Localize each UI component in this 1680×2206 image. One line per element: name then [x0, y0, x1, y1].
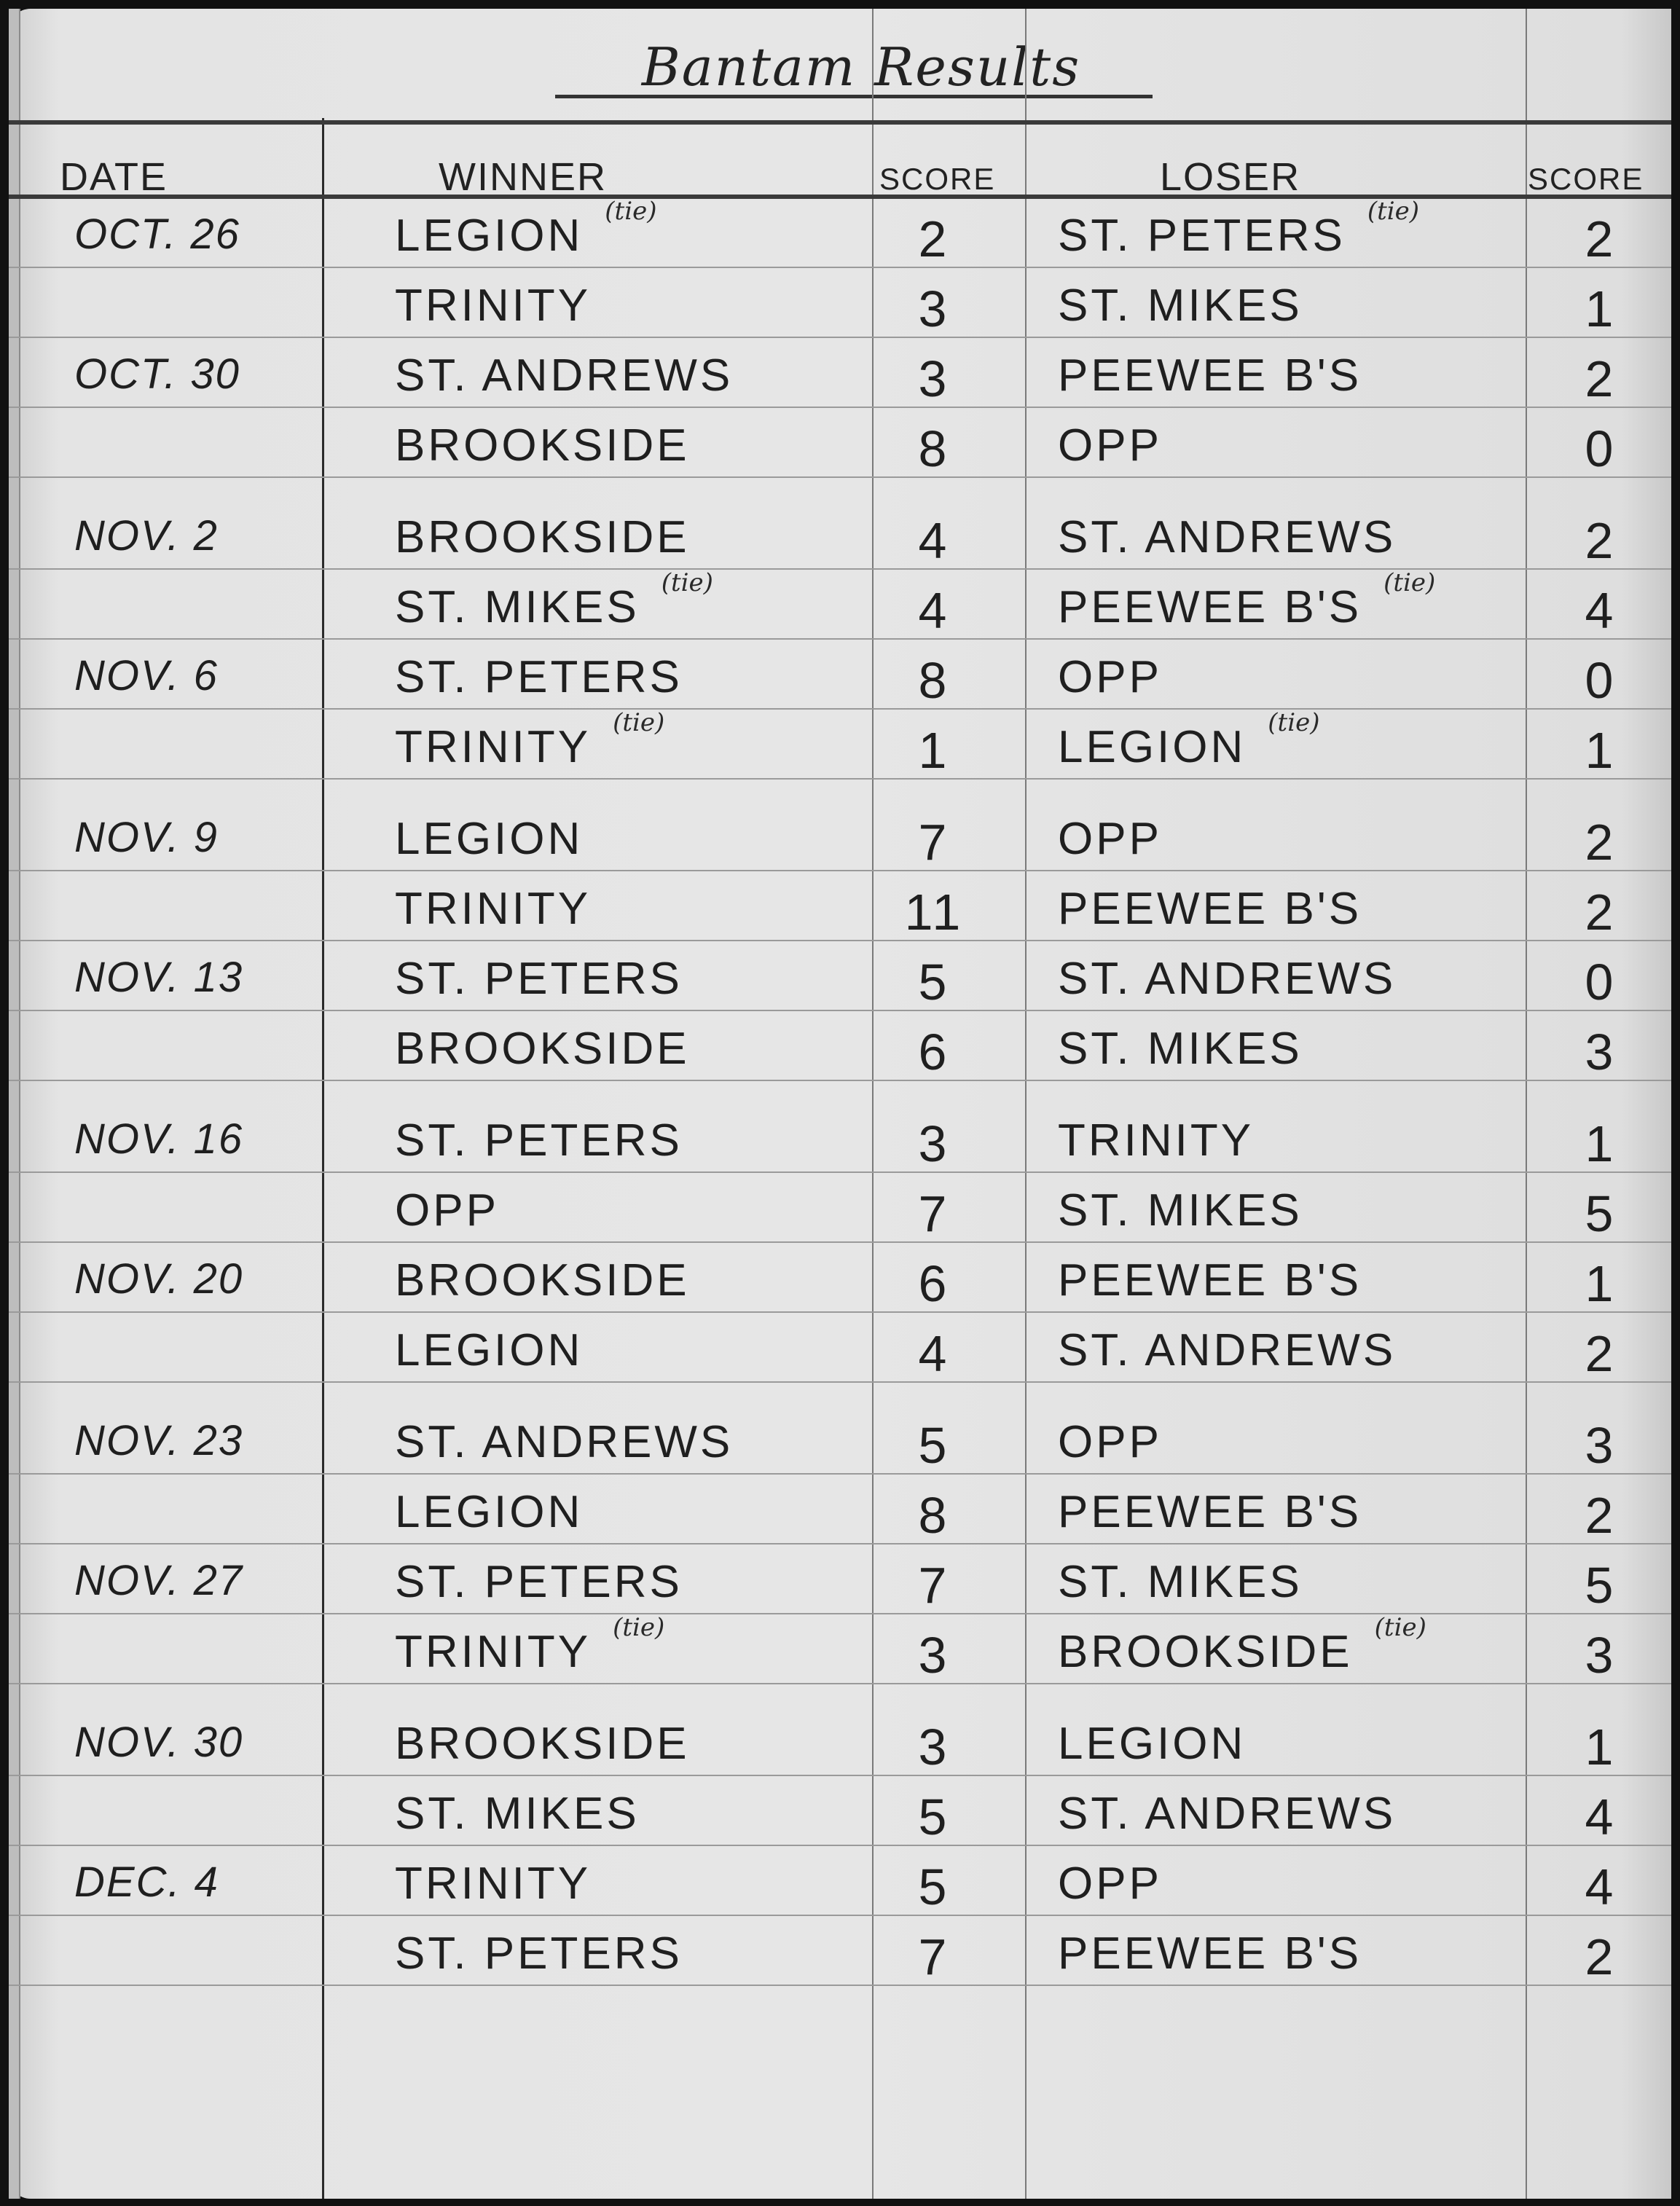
winner-score-cell: 1: [883, 721, 985, 780]
tie-mark: (tie): [1268, 708, 1319, 737]
row-rule: [9, 638, 1671, 640]
winner-name: ST. MIKES: [395, 1789, 640, 1839]
table-row: BROOKSIDE 6 ST. MIKES 3: [9, 1013, 1671, 1083]
table-row: OCT. 30 ST. ANDREWS 3 PEEWEE B'S 2: [9, 339, 1671, 409]
table-row: DEC. 4 TRINITY 5 OPP 4: [9, 1848, 1671, 1918]
winner-cell: ST. PETERS: [395, 1115, 861, 1166]
row-rule: [9, 267, 1671, 268]
tie-mark: (tie): [1367, 197, 1419, 226]
row-rule: [9, 708, 1671, 710]
row-rule: [9, 1775, 1671, 1776]
tie-mark: (tie): [605, 197, 656, 226]
loser-name: ST. MIKES: [1058, 1185, 1303, 1236]
loser-name: PEEWEE B'S: [1058, 1487, 1362, 1537]
winner-name: ST. MIKES: [395, 582, 640, 632]
table-row: NOV. 6 ST. PETERS 8 OPP 0: [9, 641, 1671, 711]
winner-cell: TRINITY(tie): [395, 721, 861, 773]
loser-cell: ST. ANDREWS: [1058, 953, 1524, 1005]
winner-score-cell: 7: [883, 1185, 985, 1243]
winner-cell: ST. PETERS: [395, 1556, 861, 1608]
loser-name: PEEWEE B'S: [1058, 582, 1362, 632]
loser-score-cell: 3: [1546, 1626, 1655, 1684]
table-row: NOV. 16 ST. PETERS 3 TRINITY 1: [9, 1104, 1671, 1174]
column-header-winner: WINNER: [439, 154, 607, 200]
winner-score-cell: 3: [883, 1626, 985, 1684]
winner-name: ST. PETERS: [395, 1928, 683, 1979]
loser-cell: OPP: [1058, 813, 1524, 865]
loser-score-cell: 1: [1546, 1115, 1655, 1173]
loser-score-cell: 1: [1546, 1718, 1655, 1776]
row-rule: [9, 870, 1671, 871]
row-rule: [9, 1381, 1671, 1383]
column-header-loser: LOSER: [1160, 154, 1300, 200]
table-row: BROOKSIDE 8 OPP 0: [9, 409, 1671, 479]
loser-score-cell: 4: [1546, 1788, 1655, 1846]
loser-score-cell: 5: [1546, 1185, 1655, 1243]
loser-cell: ST. MIKES: [1058, 280, 1524, 331]
loser-score-cell: 1: [1546, 280, 1655, 338]
loser-score-cell: 2: [1546, 210, 1655, 268]
row-rule: [9, 1845, 1671, 1846]
loser-name: TRINITY: [1058, 1115, 1254, 1166]
loser-name: PEEWEE B'S: [1058, 884, 1362, 934]
winner-cell: LEGION: [395, 813, 861, 865]
row-rule: [9, 1241, 1671, 1243]
winner-cell: ST. ANDREWS: [395, 350, 861, 401]
winner-score-cell: 3: [883, 350, 985, 408]
loser-cell: ST. PETERS(tie): [1058, 210, 1524, 262]
loser-score-cell: 2: [1546, 1928, 1655, 1986]
tie-mark: (tie): [613, 1613, 664, 1642]
title-underline: [555, 95, 1153, 98]
date-cell: OCT. 26: [74, 210, 315, 259]
loser-name: ST. MIKES: [1058, 280, 1303, 331]
winner-name: ST. PETERS: [395, 954, 683, 1004]
loser-name: OPP: [1058, 652, 1162, 702]
date-cell: NOV. 30: [74, 1718, 315, 1767]
loser-score-cell: 0: [1546, 651, 1655, 710]
winner-cell: BROOKSIDE: [395, 1718, 861, 1770]
loser-cell: ST. ANDREWS: [1058, 1788, 1524, 1840]
winner-score-cell: 8: [883, 1486, 985, 1544]
loser-cell: PEEWEE B'S: [1058, 883, 1524, 935]
table-row: LEGION 4 ST. ANDREWS 2: [9, 1314, 1671, 1384]
winner-score-cell: 6: [883, 1023, 985, 1081]
winner-score-cell: 4: [883, 581, 985, 640]
winner-cell: BROOKSIDE: [395, 1255, 861, 1306]
table-row: ST. PETERS 7 PEEWEE B'S 2: [9, 1918, 1671, 1987]
row-rule: [9, 407, 1671, 408]
loser-score-cell: 1: [1546, 721, 1655, 780]
row-rule: [9, 1171, 1671, 1173]
winner-name: LEGION: [395, 211, 583, 261]
winner-cell: LEGION(tie): [395, 210, 861, 262]
winner-cell: ST. PETERS: [395, 953, 861, 1005]
loser-score-cell: 5: [1546, 1556, 1655, 1614]
winner-name: ST. ANDREWS: [395, 350, 733, 401]
loser-cell: PEEWEE B'S(tie): [1058, 581, 1524, 633]
winner-cell: BROOKSIDE: [395, 420, 861, 471]
date-cell: NOV. 16: [74, 1115, 315, 1163]
winner-name: LEGION: [395, 1487, 583, 1537]
table-row: NOV. 2 BROOKSIDE 4 ST. ANDREWS 2: [9, 501, 1671, 571]
winner-cell: ST. PETERS: [395, 1928, 861, 1979]
winner-cell: ST. ANDREWS: [395, 1416, 861, 1468]
loser-name: BROOKSIDE: [1058, 1627, 1353, 1677]
winner-name: BROOKSIDE: [395, 1024, 690, 1074]
winner-score-cell: 5: [883, 953, 985, 1011]
winner-cell: LEGION: [395, 1324, 861, 1376]
winner-name: TRINITY: [395, 280, 591, 331]
winner-score-cell: 5: [883, 1858, 985, 1916]
loser-score-cell: 1: [1546, 1255, 1655, 1313]
winner-score-cell: 11: [883, 883, 985, 941]
loser-cell: ST. ANDREWS: [1058, 1324, 1524, 1376]
winner-score-cell: 8: [883, 420, 985, 478]
winner-score-cell: 5: [883, 1788, 985, 1846]
table-row: ST. MIKES 5 ST. ANDREWS 4: [9, 1778, 1671, 1848]
date-cell: NOV. 13: [74, 953, 315, 1002]
winner-cell: TRINITY: [395, 1858, 861, 1909]
loser-score-cell: 2: [1546, 813, 1655, 871]
row-rule: [9, 1010, 1671, 1011]
loser-name: ST. PETERS: [1058, 211, 1346, 261]
loser-name: PEEWEE B'S: [1058, 1255, 1362, 1306]
winner-cell: ST. PETERS: [395, 651, 861, 703]
loser-cell: OPP: [1058, 1416, 1524, 1468]
loser-score-cell: 4: [1546, 1858, 1655, 1916]
loser-name: ST. ANDREWS: [1058, 512, 1396, 562]
winner-score-cell: 8: [883, 651, 985, 710]
loser-cell: ST. MIKES: [1058, 1556, 1524, 1608]
table-row: LEGION 8 PEEWEE B'S 2: [9, 1476, 1671, 1546]
tie-mark: (tie): [662, 568, 713, 597]
winner-name: BROOKSIDE: [395, 420, 690, 471]
loser-cell: TRINITY: [1058, 1115, 1524, 1166]
row-rule: [9, 778, 1671, 780]
winner-cell: BROOKSIDE: [395, 1023, 861, 1075]
winner-score-cell: 6: [883, 1255, 985, 1313]
loser-cell: OPP: [1058, 651, 1524, 703]
winner-name: ST. PETERS: [395, 652, 683, 702]
row-rule: [9, 1985, 1671, 1986]
winner-score-cell: 3: [883, 280, 985, 338]
winner-name: BROOKSIDE: [395, 1719, 690, 1769]
loser-name: PEEWEE B'S: [1058, 1928, 1362, 1979]
row-rule: [9, 1473, 1671, 1475]
loser-name: OPP: [1058, 1417, 1162, 1467]
winner-cell: LEGION: [395, 1486, 861, 1538]
ledger-page: Bantam Results DATE WINNER SCORE LOSER S…: [9, 9, 1671, 2199]
row-rule: [9, 1683, 1671, 1684]
winner-name: BROOKSIDE: [395, 1255, 690, 1306]
page-title: Bantam Results: [562, 36, 1160, 98]
row-rule: [9, 1311, 1671, 1313]
winner-score-cell: 5: [883, 1416, 985, 1475]
table-row: NOV. 20 BROOKSIDE 6 PEEWEE B'S 1: [9, 1244, 1671, 1314]
winner-score-cell: 7: [883, 813, 985, 871]
date-cell: NOV. 20: [74, 1255, 315, 1303]
loser-cell: PEEWEE B'S: [1058, 1255, 1524, 1306]
loser-score-cell: 2: [1546, 350, 1655, 408]
winner-name: TRINITY: [395, 722, 591, 772]
winner-name: TRINITY: [395, 1858, 591, 1909]
table-row: TRINITY 3 ST. MIKES 1: [9, 270, 1671, 339]
loser-cell: ST. MIKES: [1058, 1185, 1524, 1236]
loser-score-cell: 4: [1546, 581, 1655, 640]
winner-name: TRINITY: [395, 884, 591, 934]
table-row: OPP 7 ST. MIKES 5: [9, 1174, 1671, 1244]
date-cell: DEC. 4: [74, 1858, 315, 1907]
column-header-date: DATE: [60, 154, 168, 200]
tie-mark: (tie): [613, 708, 664, 737]
winner-cell: ST. MIKES: [395, 1788, 861, 1840]
date-cell: NOV. 27: [74, 1556, 315, 1605]
winner-name: TRINITY: [395, 1627, 591, 1677]
loser-score-cell: 3: [1546, 1023, 1655, 1081]
loser-name: ST. ANDREWS: [1058, 1325, 1396, 1375]
row-rule: [9, 476, 1671, 478]
winner-cell: ST. MIKES(tie): [395, 581, 861, 633]
loser-name: OPP: [1058, 1858, 1162, 1909]
winner-name: LEGION: [395, 1325, 583, 1375]
table-row: TRINITY(tie) 3 BROOKSIDE(tie) 3: [9, 1616, 1671, 1686]
winner-score-cell: 3: [883, 1718, 985, 1776]
loser-name: ST. MIKES: [1058, 1024, 1303, 1074]
date-cell: NOV. 23: [74, 1416, 315, 1465]
winner-score-cell: 3: [883, 1115, 985, 1173]
loser-name: ST. ANDREWS: [1058, 954, 1396, 1004]
winner-score-cell: 2: [883, 210, 985, 268]
winner-score-cell: 4: [883, 1324, 985, 1383]
column-header-winner-score: SCORE: [879, 162, 995, 197]
loser-score-cell: 0: [1546, 953, 1655, 1011]
date-cell: NOV. 9: [74, 813, 315, 862]
loser-cell: LEGION(tie): [1058, 721, 1524, 773]
loser-name: OPP: [1058, 420, 1162, 471]
loser-score-cell: 2: [1546, 1324, 1655, 1383]
loser-cell: PEEWEE B'S: [1058, 350, 1524, 401]
loser-name: ST. MIKES: [1058, 1557, 1303, 1607]
loser-score-cell: 0: [1546, 420, 1655, 478]
date-cell: NOV. 2: [74, 511, 315, 560]
loser-cell: OPP: [1058, 420, 1524, 471]
tie-mark: (tie): [1375, 1613, 1426, 1642]
row-rule: [9, 940, 1671, 941]
winner-cell: TRINITY: [395, 883, 861, 935]
loser-cell: ST. MIKES: [1058, 1023, 1524, 1075]
winner-name: OPP: [395, 1185, 499, 1236]
winner-name: LEGION: [395, 814, 583, 864]
row-rule: [9, 1915, 1671, 1916]
loser-score-cell: 3: [1546, 1416, 1655, 1475]
header-bottom-rule: [9, 195, 1671, 199]
winner-name: ST. PETERS: [395, 1115, 683, 1166]
winner-cell: OPP: [395, 1185, 861, 1236]
loser-name: PEEWEE B'S: [1058, 350, 1362, 401]
winner-score-cell: 7: [883, 1928, 985, 1986]
date-cell: OCT. 30: [74, 350, 315, 399]
winner-name: BROOKSIDE: [395, 512, 690, 562]
loser-cell: ST. ANDREWS: [1058, 511, 1524, 563]
loser-cell: PEEWEE B'S: [1058, 1486, 1524, 1538]
header-top-rule: [9, 120, 1671, 125]
winner-cell: BROOKSIDE: [395, 511, 861, 563]
loser-score-cell: 2: [1546, 511, 1655, 570]
loser-score-cell: 2: [1546, 883, 1655, 941]
date-cell: NOV. 6: [74, 651, 315, 700]
loser-score-cell: 2: [1546, 1486, 1655, 1544]
winner-score-cell: 7: [883, 1556, 985, 1614]
winner-cell: TRINITY: [395, 280, 861, 331]
table-row: TRINITY(tie) 1 LEGION(tie) 1: [9, 711, 1671, 781]
loser-cell: LEGION: [1058, 1718, 1524, 1770]
row-rule: [9, 337, 1671, 338]
loser-cell: BROOKSIDE(tie): [1058, 1626, 1524, 1678]
loser-name: OPP: [1058, 814, 1162, 864]
winner-name: ST. ANDREWS: [395, 1417, 733, 1467]
table-row: NOV. 27 ST. PETERS 7 ST. MIKES 5: [9, 1546, 1671, 1616]
winner-name: ST. PETERS: [395, 1557, 683, 1607]
loser-name: LEGION: [1058, 722, 1246, 772]
table-row: NOV. 13 ST. PETERS 5 ST. ANDREWS 0: [9, 943, 1671, 1013]
table-row: OCT. 26 LEGION(tie) 2 ST. PETERS(tie) 2: [9, 200, 1671, 270]
loser-name: ST. ANDREWS: [1058, 1789, 1396, 1839]
winner-score-cell: 4: [883, 511, 985, 570]
row-rule: [9, 1080, 1671, 1081]
tie-mark: (tie): [1383, 568, 1435, 597]
table-row: TRINITY 11 PEEWEE B'S 2: [9, 873, 1671, 943]
loser-name: LEGION: [1058, 1719, 1246, 1769]
table-row: NOV. 23 ST. ANDREWS 5 OPP 3: [9, 1406, 1671, 1476]
table-row: NOV. 9 LEGION 7 OPP 2: [9, 803, 1671, 873]
column-header-loser-score: SCORE: [1528, 162, 1644, 197]
winner-cell: TRINITY(tie): [395, 1626, 861, 1678]
loser-cell: PEEWEE B'S: [1058, 1928, 1524, 1979]
table-row: ST. MIKES(tie) 4 PEEWEE B'S(tie) 4: [9, 571, 1671, 641]
row-rule: [9, 1543, 1671, 1544]
table-row: NOV. 30 BROOKSIDE 3 LEGION 1: [9, 1708, 1671, 1778]
loser-cell: OPP: [1058, 1858, 1524, 1909]
